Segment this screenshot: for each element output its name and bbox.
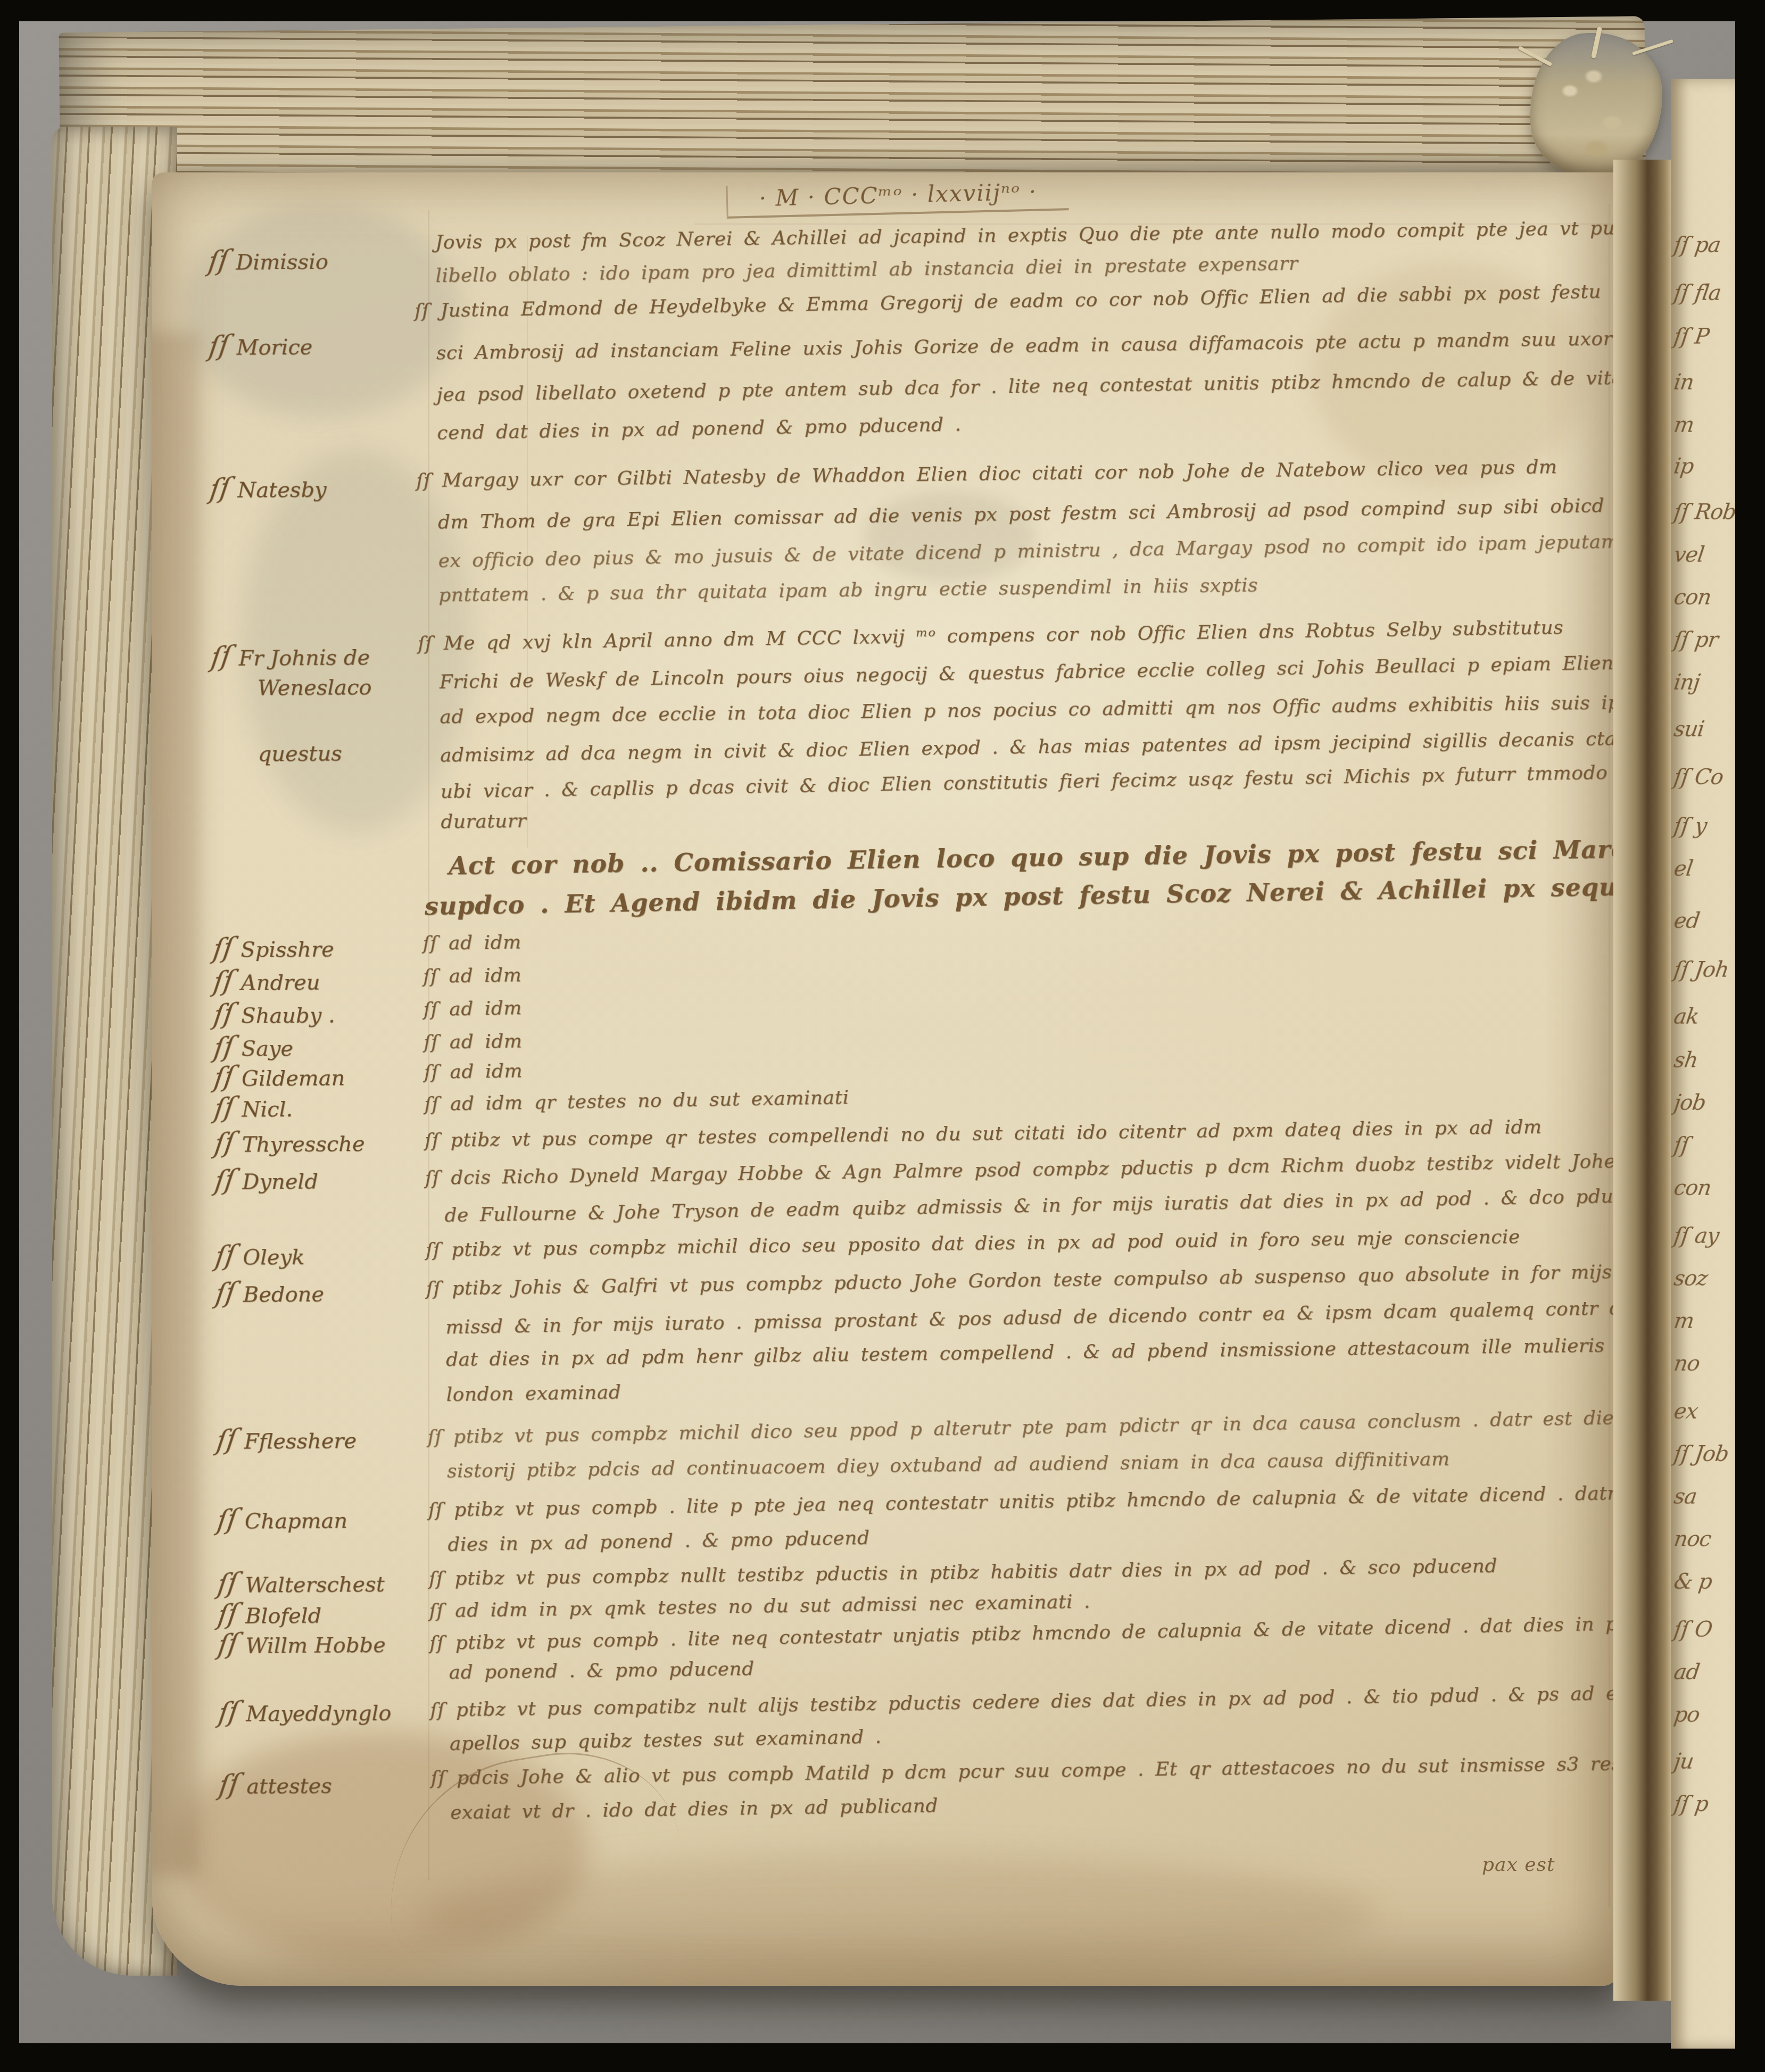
manuscript-line: ad ponend . & pmo pducend xyxy=(449,1658,754,1684)
manuscript-line: ſſ Justina Edmond de Heydelbyke & Emma G… xyxy=(415,280,1602,322)
manuscript-line: dat dies in px ad pdm henr gilbz aliu te… xyxy=(446,1335,1605,1371)
manuscript-line: ſſ Me qd xvj kln April anno dm M CCC lxx… xyxy=(418,617,1564,655)
facing-fragment: m xyxy=(1672,413,1695,437)
facing-fragment: ſſ Joh xyxy=(1672,958,1730,982)
pax-est-note: pax est xyxy=(1482,1854,1555,1876)
manuscript-line: de Fullourne & Johe Tryson de eadm quibz… xyxy=(444,1184,1620,1226)
facing-fragment: ſſ P xyxy=(1672,325,1711,349)
manuscript-photo: · M · CCCᵐᵒ · lxxviijⁿᵒ · ſſDimissioſſMo… xyxy=(0,0,1765,2072)
manuscript-line: ſſ ptibz vt pus compb . lite p pte jea n… xyxy=(428,1482,1620,1521)
manuscript-line: ſſ ad idm xyxy=(424,1030,523,1053)
manuscript-line: Act cor nob .. Comissario Elien loco quo… xyxy=(449,831,1620,881)
main-parchment-page: · M · CCCᵐᵒ · lxxviijⁿᵒ · ſſDimissioſſMo… xyxy=(152,172,1620,1986)
facing-fragment: vel xyxy=(1672,543,1706,567)
facing-fragment: ſſ y xyxy=(1672,814,1708,839)
manuscript-line: pnttatem . & p sua thr quitata ipam ab i… xyxy=(438,574,1258,606)
manuscript-line: libello oblato : ido ipam pro jea dimitt… xyxy=(435,253,1298,287)
manuscript-line: ſſ ptibz vt pus compe qr testes compelle… xyxy=(425,1116,1542,1151)
manuscript-line: missd & in for mijs iurato . pmissa pros… xyxy=(445,1296,1620,1338)
facing-fragment: ſſ Rob xyxy=(1672,500,1735,525)
manuscript-line: ſſ ad idm xyxy=(424,1060,523,1083)
facing-fragment: con xyxy=(1672,585,1713,610)
facing-fragment: ſſ Job xyxy=(1672,1442,1730,1466)
binding-gutter xyxy=(1613,160,1673,2001)
manuscript-line: ſſ pdcis Johe & alio vt pus compb Matild… xyxy=(430,1752,1620,1789)
manuscript-line: ſſ ad idm in px qmk testes no du sut adm… xyxy=(429,1590,1090,1622)
manuscript-line: ſſ ptibz vt pus compatibz nult alijs tes… xyxy=(430,1682,1620,1721)
facing-fragment: el xyxy=(1672,857,1694,881)
facing-fragment: & p xyxy=(1672,1570,1713,1594)
manuscript-line: supdco . Et Agend ibidm die Jovis px pos… xyxy=(424,872,1620,921)
facing-fragment: sh xyxy=(1672,1048,1700,1073)
manuscript-line: ad expod negm dce ecclie in tota dioc El… xyxy=(440,691,1620,728)
facing-fragment: inj xyxy=(1672,670,1701,695)
facing-fragment: ſſ Co xyxy=(1672,765,1725,790)
manuscript-line: exaiat vt dr . ido dat dies in px ad pub… xyxy=(450,1795,938,1824)
book-top-page-edges xyxy=(59,16,1646,190)
facing-fragment: ſſ p xyxy=(1672,1792,1710,1817)
manuscript-line: london examinad xyxy=(446,1381,621,1406)
manuscript-line: Frichi de Weskf de Lincoln pours oius ne… xyxy=(439,652,1613,693)
manuscript-line: ſſ ad idm xyxy=(423,997,522,1021)
manuscript-line: ubi vicar . & capllis p dcas civit & dio… xyxy=(440,761,1607,802)
facing-fragments: ſſ paſſ flaſſ Pinmipſſ Robvelconſſ prinj… xyxy=(1671,79,1735,2049)
manuscript-line: ſſ ptibz vt pus compbz michil dico seu p… xyxy=(426,1226,1520,1261)
manuscript-line: ſſ ptibz vt pus compbz michil dico seu p… xyxy=(427,1405,1620,1448)
manuscript-line: ſſ ad idm xyxy=(422,931,521,954)
facing-fragment: noc xyxy=(1672,1527,1713,1552)
facing-fragment: con xyxy=(1672,1176,1713,1200)
facing-fragment: sa xyxy=(1672,1485,1698,1509)
facing-fragment: job xyxy=(1672,1091,1708,1115)
facing-page-sliver: ſſ paſſ flaſſ Pinmipſſ Robvelconſſ prinj… xyxy=(1671,79,1735,2049)
manuscript-line: ſſ ptibz vt pus compbz nullt testibz pdu… xyxy=(429,1555,1497,1590)
manuscript-line: ſſ ad idm xyxy=(423,964,522,988)
manuscript-line: apellos sup quibz testes sut examinand . xyxy=(450,1726,882,1754)
facing-fragment: ed xyxy=(1672,909,1701,933)
manuscript-line: ſſ dcis Richo Dyneld Margay Hobbe & Agn … xyxy=(425,1149,1620,1189)
manuscript-line: ſſ ad idm qr testes no du sut examinati xyxy=(424,1087,849,1115)
manuscript-line: cend dat dies in px ad ponend & pmo pduc… xyxy=(437,413,962,444)
manuscript-line: ex officio deo pius & mo jusuis & de vit… xyxy=(438,531,1619,571)
manuscript-line: ſſ ptibz Johis & Galfri vt pus compbz pd… xyxy=(426,1260,1620,1299)
facing-fragment: m xyxy=(1672,1309,1695,1333)
manuscript-line: sistorij ptibz pdcis ad continuacoem die… xyxy=(447,1448,1450,1482)
facing-fragment: soz xyxy=(1672,1266,1709,1291)
facing-fragment: sui xyxy=(1672,717,1706,742)
manuscript-line: duraturr xyxy=(441,810,526,833)
facing-fragment: in xyxy=(1672,370,1695,395)
manuscript-line: admisimz ad dca negm in civit & dioc Eli… xyxy=(440,727,1620,766)
facing-fragment: ſſ pa xyxy=(1672,233,1722,258)
facing-fragment: ſſ xyxy=(1672,1133,1691,1158)
facing-fragment: no xyxy=(1672,1352,1701,1376)
facing-fragment: ju xyxy=(1672,1750,1695,1774)
manuscript-line: Jovis px post fm Scoz Nerei & Achillei a… xyxy=(435,216,1620,253)
manuscript-line: jea psod libellato oxetend p pte antem s… xyxy=(436,366,1620,405)
facing-fragment: ſſ O xyxy=(1672,1618,1714,1642)
facing-fragment: po xyxy=(1672,1703,1701,1727)
facing-fragment: ſſ fla xyxy=(1672,281,1722,305)
facing-fragment: ſſ ay xyxy=(1672,1224,1720,1248)
text-lines: Jovis px post fm Scoz Nerei & Achillei a… xyxy=(152,172,1620,1986)
spine-headband xyxy=(1530,33,1662,178)
facing-fragment: ip xyxy=(1672,454,1695,479)
facing-fragment: ſſ pr xyxy=(1672,628,1720,652)
manuscript-line: dm Thom de gra Epi Elien comissar ad die… xyxy=(438,495,1605,533)
manuscript-line: ſſ Margay uxr cor Gilbti Natesby de Whad… xyxy=(416,456,1557,492)
facing-fragment: ad xyxy=(1672,1660,1701,1685)
manuscript-line: sci Ambrosij ad instanciam Feline uxis J… xyxy=(436,327,1620,364)
facing-fragment: ex xyxy=(1672,1399,1700,1424)
manuscript-line: dies in px ad ponend . & pmo pducend xyxy=(448,1527,870,1556)
facing-fragment: ak xyxy=(1672,1005,1701,1029)
